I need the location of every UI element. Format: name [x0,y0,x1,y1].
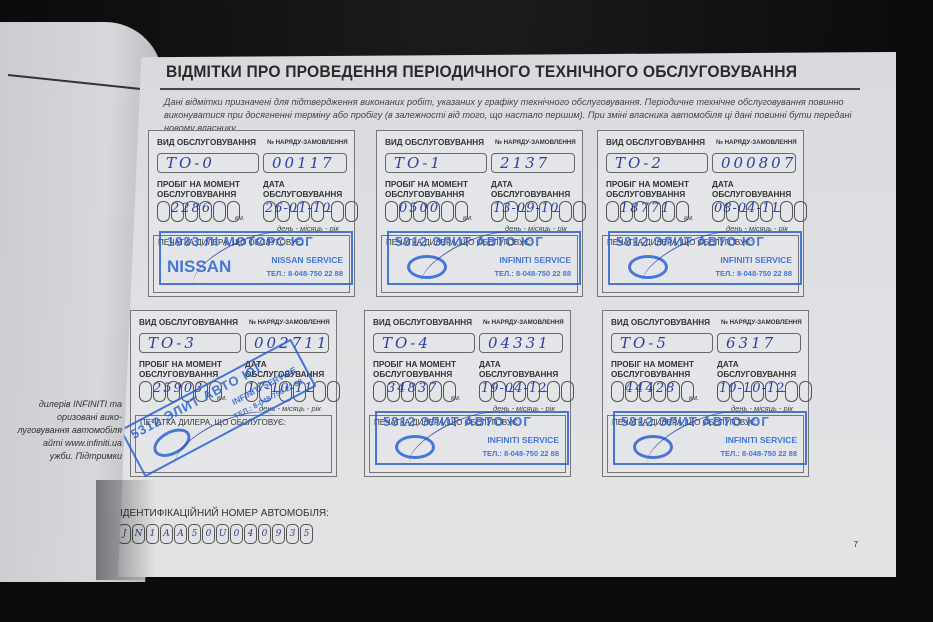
mileage-label: ПРОБІГ НА МОМЕНТОБСЛУГОВУВАННЯ [139,359,222,379]
service-type-label: ВИД ОБСЛУГОВУВАННЯ [157,137,256,147]
service-record-card: ВИД ОБСЛУГОВУВАННЯ № НАРЯДУ-ЗАМОВЛЕННЯ Т… [597,130,804,297]
km-unit: км. [463,215,473,222]
mileage-value: 2286 [171,201,212,216]
order-no-value: 000807 [721,154,796,172]
service-type-label: ВИД ОБСЛУГОВУВАННЯ [139,317,238,327]
left-text-line: айті www.infiniti.ua [2,437,122,450]
date-label: ДАТАОБСЛУГОВУВАННЯ [491,179,570,199]
service-record-card: ВИД ОБСЛУГОВУВАННЯ № НАРЯДУ-ЗАМОВЛЕННЯ Т… [130,310,337,477]
service-record-card: ВИД ОБСЛУГОВУВАННЯ № НАРЯДУ-ЗАМОВЛЕННЯ Т… [364,310,571,477]
date-label: ДАТАОБСЛУГОВУВАННЯ [717,359,796,379]
vin-char-cell: A [160,524,173,544]
date-label: ДАТАОБСЛУГОВУВАННЯ [479,359,558,379]
mileage-value: 34837 [387,381,438,396]
service-type-value: ТО-5 [620,334,669,352]
service-type-value: ТО-2 [615,154,664,172]
date-value: 26-01-10 [265,201,331,216]
service-record-card: ВИД ОБСЛУГОВУВАННЯ № НАРЯДУ-ЗАМОВЛЕННЯ Т… [148,130,355,297]
order-no-label: № НАРЯДУ-ЗАМОВЛЕННЯ [716,138,797,148]
service-type-label: ВИД ОБСЛУГОВУВАННЯ [611,317,710,327]
stamp-phone: ТЕЛ.: 8-048-750 22 88 [494,269,571,278]
service-type-value: ТО-3 [148,334,197,352]
order-no-field[interactable]: 04331 [479,333,563,353]
mileage-label: ПРОБІГ НА МОМЕНТОБСЛУГОВУВАННЯ [611,359,694,379]
km-unit: км. [451,395,461,402]
mileage-label: ПРОБІГ НА МОМЕНТОБСЛУГОВУВАННЯ [606,179,689,199]
order-no-label: № НАРЯДУ-ЗАМОВЛЕННЯ [483,318,564,328]
order-no-field[interactable]: 2137 [491,153,575,173]
left-text-line: ужби. Підтримки [2,450,122,463]
order-no-field[interactable]: 000807 [712,153,796,173]
order-no-label: № НАРЯДУ-ЗАМОВЛЕННЯ [267,138,348,148]
order-no-value: 04331 [488,334,551,352]
mileage-value: 44428 [625,381,676,396]
km-unit: км. [689,395,699,402]
mileage-label: ПРОБІГ НА МОМЕНТОБСЛУГОВУВАННЯ [385,179,468,199]
service-type-field[interactable]: ТО-3 [139,333,241,353]
vin-char-cell: 0 [258,524,271,544]
order-no-label: № НАРЯДУ-ЗАМОВЛЕННЯ [721,318,802,328]
vin-char-cell: 0 [202,524,215,544]
left-text-line: дилерів INFINITI та [2,398,122,411]
stamp-phone: ТЕЛ.: 8-048-750 22 88 [715,269,792,278]
page-number: 7 [854,540,858,549]
order-no-field[interactable]: 00117 [263,153,347,173]
service-type-value: ТО-0 [166,154,215,172]
date-label: ДАТАОБСЛУГОВУВАННЯ [712,179,791,199]
date-value: 10-10-12 [719,381,785,396]
km-unit: км. [684,215,694,222]
vin-char-cell: A [174,524,187,544]
service-record-card: ВИД ОБСЛУГОВУВАННЯ № НАРЯДУ-ЗАМОВЛЕННЯ Т… [376,130,583,297]
left-page-rule [8,74,147,91]
service-type-label: ВИД ОБСЛУГОВУВАННЯ [385,137,484,147]
service-type-value: ТО-1 [394,154,443,172]
order-no-label: № НАРЯДУ-ЗАМОВЛЕННЯ [495,138,576,148]
service-record-page: ВІДМІТКИ ПРО ПРОВЕДЕННЯ ПЕРІОДИЧНОГО ТЕХ… [118,52,896,577]
service-record-card: ВИД ОБСЛУГОВУВАННЯ № НАРЯДУ-ЗАМОВЛЕННЯ Т… [602,310,809,477]
stamp-phone: ТЕЛ.: 8-048-750 22 88 [482,449,559,458]
km-unit: км. [235,215,245,222]
mileage-value: 18771 [620,201,671,216]
service-type-field[interactable]: ТО-1 [385,153,487,173]
mileage-label: ПРОБІГ НА МОМЕНТОБСЛУГОВУВАННЯ [157,179,240,199]
order-no-value: 00117 [272,154,335,172]
stamp-phone: ТЕЛ.: 8-048-750 22 88 [720,449,797,458]
order-no-label: № НАРЯДУ-ЗАМОВЛЕННЯ [249,318,330,328]
service-type-label: ВИД ОБСЛУГОВУВАННЯ [373,317,472,327]
vin-char-cell: 5 [188,524,201,544]
mileage-value: 0500 [399,201,440,216]
vin-char-cell: U [216,524,229,544]
service-type-field[interactable]: ТО-5 [611,333,713,353]
order-no-value: 2137 [500,154,550,172]
service-type-label: ВИД ОБСЛУГОВУВАННЯ [606,137,705,147]
page-title: ВІДМІТКИ ПРО ПРОВЕДЕННЯ ПЕРІОДИЧНОГО ТЕХ… [166,62,797,82]
left-page-text: дилерів INFINITI та оризовані вико- луго… [2,398,122,463]
mileage-label: ПРОБІГ НА МОМЕНТОБСЛУГОВУВАННЯ [373,359,456,379]
date-value: 13-09-10 [493,201,559,216]
vin-char-cell: 0 [230,524,243,544]
service-type-field[interactable]: ТО-4 [373,333,475,353]
date-label: ДАТАОБСЛУГОВУВАННЯ [263,179,342,199]
left-text-line: оризовані вико- [2,411,122,424]
title-rule [160,88,860,90]
stamp-phone: ТЕЛ.: 8-048-750 22 88 [266,269,343,278]
left-text-line: луговування автомобіля [2,424,122,437]
service-type-value: ТО-4 [382,334,431,352]
date-value: 19-04-12 [481,381,547,396]
vin-char-cell: 4 [244,524,257,544]
page-shadow [96,480,156,580]
vin-char-cell: 3 [286,524,299,544]
service-type-field[interactable]: ТО-2 [606,153,708,173]
date-value: 08-04-11 [714,201,780,216]
vin-char-cell: 9 [272,524,285,544]
order-no-value: 6317 [726,334,776,352]
order-no-field[interactable]: 6317 [717,333,801,353]
vin-char-cell: 5 [300,524,313,544]
service-type-field[interactable]: ТО-0 [157,153,259,173]
